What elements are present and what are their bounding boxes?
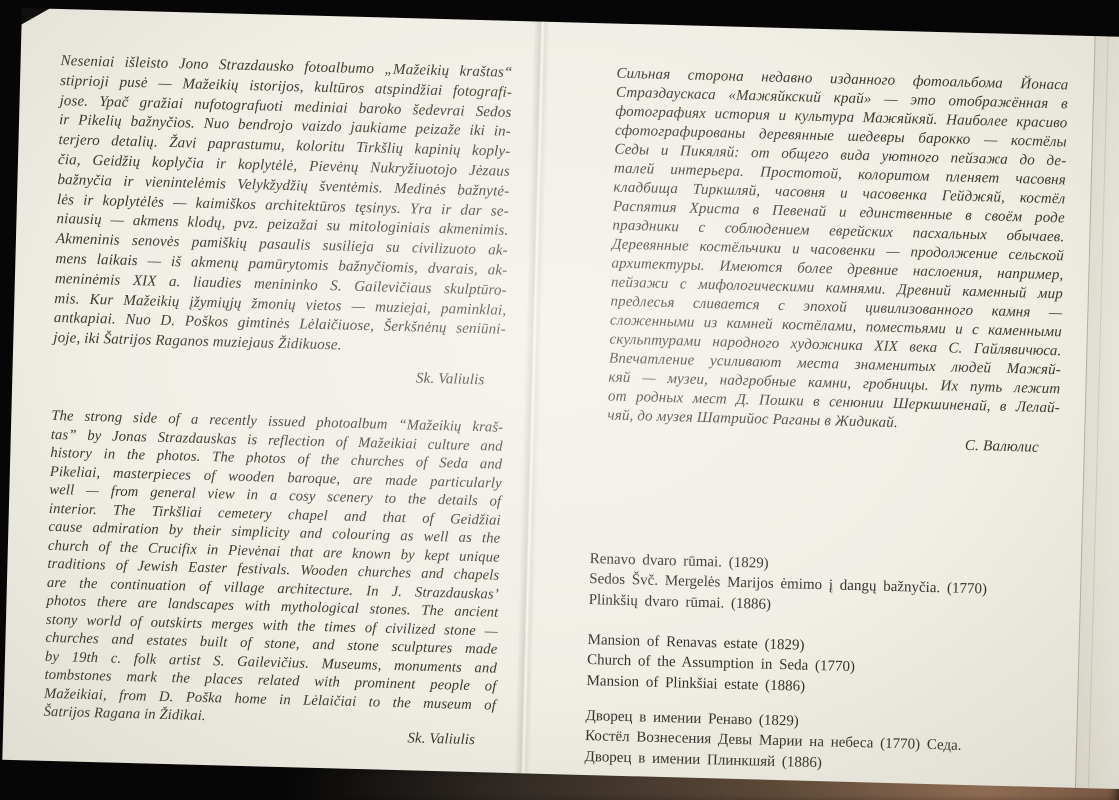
english-paragraph: The strong side of a recently issued pho… [43, 407, 503, 733]
captions-lithuanian: Renavo dvaro rūmai. (1829)Sedos Švč. Mer… [588, 549, 1063, 623]
captions-russian: Дворец в имении Ренаво (1829)Костёл Возн… [584, 706, 1059, 780]
left-page: Neseniai išleisto Jono Strazdausko fotoa… [22, 8, 1119, 37]
lithuanian-paragraph: Neseniai išleisto Jono Strazdausko fotoa… [53, 52, 513, 361]
right-page: Сильная сторона недавно изданного фотоал… [22, 8, 1119, 37]
right-edge-shading [1076, 36, 1119, 789]
page-corner-cut [21, 7, 51, 26]
russian-paragraph: Сильная сторона недавно изданного фотоал… [607, 65, 1068, 438]
open-booklet: Neseniai išleisto Jono Strazdausko fotoa… [2, 8, 1119, 789]
page-gutter [514, 21, 550, 773]
lithuanian-signature: Sk. Valiulis [52, 361, 484, 389]
scanned-book-spread: Neseniai išleisto Jono Strazdausko fotoa… [0, 0, 1119, 800]
captions-english: Mansion of Renavas estate (1829)Church o… [586, 630, 1061, 704]
